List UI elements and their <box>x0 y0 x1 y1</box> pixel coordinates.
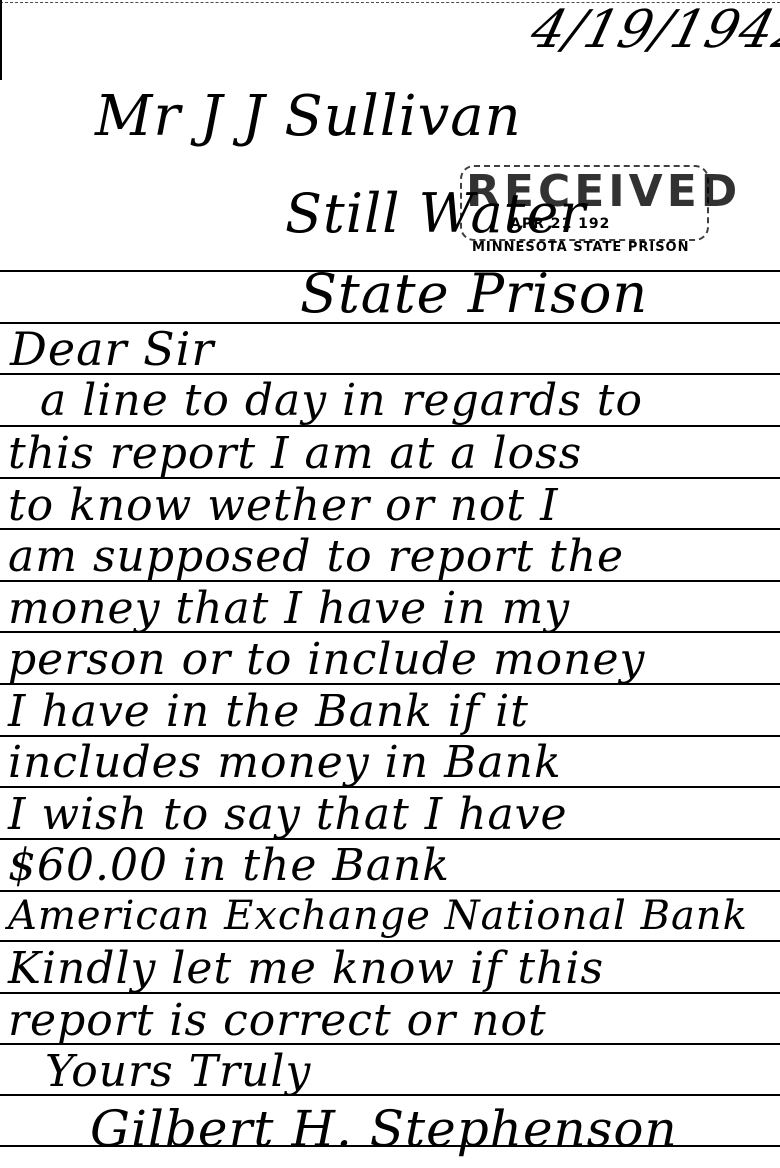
body-line: Kindly let me know if this <box>8 943 604 994</box>
body-line: I wish to say that I have <box>8 789 568 840</box>
address-line-2: State Prison <box>300 262 648 325</box>
body-line: report is correct or not <box>8 995 547 1046</box>
body-line: a line to day in regards to <box>40 375 643 426</box>
body-line: person or to include money <box>8 634 645 685</box>
body-line: $60.00 in the Bank <box>8 840 450 891</box>
closing: Yours Truly <box>45 1046 311 1097</box>
letter-page: 4/19/1942 Mr J J Sullivan RECEIVED APR 2… <box>0 0 780 1168</box>
page-left-edge <box>0 0 2 80</box>
body-line: to know wether or not I <box>8 480 558 531</box>
body-line: this report I am at a loss <box>8 428 582 479</box>
salutation: Dear Sir <box>10 322 214 376</box>
body-line: includes money in Bank <box>8 737 562 788</box>
body-line: money that I have in my <box>8 583 570 634</box>
body-line: am supposed to report the <box>8 531 624 582</box>
address-line-1: Still Water <box>285 182 586 245</box>
letter-date: 4/19/1942 <box>525 0 780 60</box>
addressee: Mr J J Sullivan <box>95 84 522 149</box>
body-line: American Exchange National Bank <box>8 893 748 939</box>
body-line: I have in the Bank if it <box>8 686 529 737</box>
ruled-line <box>0 940 780 942</box>
signature: Gilbert H. Stephenson <box>90 1100 678 1158</box>
